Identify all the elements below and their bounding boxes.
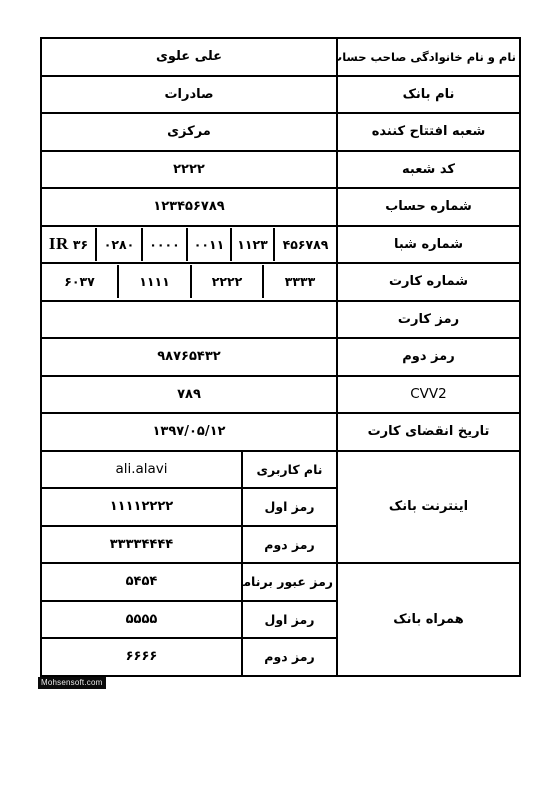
table-row: رمز کارت xyxy=(41,301,520,339)
sub-field-value-mobile-second-password: ۶۶۶۶ xyxy=(41,638,242,676)
field-label-second-pin: رمز دوم xyxy=(337,338,520,376)
sheba-ir-code: IR xyxy=(49,234,69,254)
table-row: CVV2 ۷۸۹ xyxy=(41,376,520,414)
sheba-part: ۰۲۸۰ xyxy=(97,228,143,261)
sub-field-label-second-password: رمز دوم xyxy=(242,526,337,564)
table-row: اینترنت بانک نام کاربری ali.alavi xyxy=(41,451,520,489)
sub-field-value-mobile-first-password: ۵۵۵۵ xyxy=(41,601,242,639)
sheba-check-digits: ۳۶ xyxy=(73,237,88,252)
sub-field-value-app-password: ۵۴۵۴ xyxy=(41,563,242,601)
section-label-internet-bank: اینترنت بانک xyxy=(337,451,520,564)
field-value-account-holder: علی علوی xyxy=(41,38,337,76)
table-row: شماره شبا ۴۵۶۷۸۹ ۱۱۲۳ ۰۰۱۱ ۰۰۰۰ ۰۲۸۰ IR … xyxy=(41,226,520,264)
sub-field-label-first-password: رمز اول xyxy=(242,488,337,526)
field-value-branch-code: ۲۲۲۲ xyxy=(41,151,337,189)
field-label-opening-branch: شعبه افتتاح کننده xyxy=(337,113,520,151)
field-label-sheba-number: شماره شبا xyxy=(337,226,520,264)
table-row: شعبه افتتاح کننده مرکزی xyxy=(41,113,520,151)
field-label-account-number: شماره حساب xyxy=(337,188,520,226)
sheba-part: ۰۰۱۱ xyxy=(188,228,232,261)
table-row: نام و نام خانوادگی صاحب حساب علی علوی xyxy=(41,38,520,76)
table-row: شماره حساب ۱۲۳۴۵۶۷۸۹ xyxy=(41,188,520,226)
field-label-cvv2: CVV2 xyxy=(337,376,520,414)
sheba-segments: ۴۵۶۷۸۹ ۱۱۲۳ ۰۰۱۱ ۰۰۰۰ ۰۲۸۰ IR ۳۶ xyxy=(42,228,336,261)
field-value-bank-name: صادرات xyxy=(41,76,337,114)
field-value-card-expiry: ۱۳۹۷/۰۵/۱۲ xyxy=(41,413,337,451)
field-label-card-expiry: تاریخ انقضای کارت xyxy=(337,413,520,451)
sheba-country-prefix: IR ۳۶ xyxy=(42,228,97,261)
field-value-sheba-number: ۴۵۶۷۸۹ ۱۱۲۳ ۰۰۱۱ ۰۰۰۰ ۰۲۸۰ IR ۳۶ xyxy=(41,226,337,264)
table-row: نام بانک صادرات xyxy=(41,76,520,114)
sheba-part: ۰۰۰۰ xyxy=(143,228,188,261)
sheba-part: ۱۱۲۳ xyxy=(232,228,275,261)
table-row: شماره کارت ۳۳۳۳ ۲۲۲۲ ۱۱۱۱ ۶۰۳۷ xyxy=(41,263,520,301)
field-label-account-holder: نام و نام خانوادگی صاحب حساب xyxy=(337,38,520,76)
card-part: ۳۳۳۳ xyxy=(264,265,336,298)
table-row: رمز دوم ۹۸۷۶۵۴۳۲ xyxy=(41,338,520,376)
section-label-mobile-bank: همراه بانک xyxy=(337,563,520,676)
watermark-badge: Mohsensoft.com xyxy=(38,677,106,689)
sub-field-label-mobile-first-password: رمز اول xyxy=(242,601,337,639)
sub-field-label-app-password: رمز عبور برنامه xyxy=(242,563,337,601)
field-label-bank-name: نام بانک xyxy=(337,76,520,114)
field-label-branch-code: کد شعبه xyxy=(337,151,520,189)
table-row: کد شعبه ۲۲۲۲ xyxy=(41,151,520,189)
table-row: تاریخ انقضای کارت ۱۳۹۷/۰۵/۱۲ xyxy=(41,413,520,451)
card-part: ۶۰۳۷ xyxy=(42,265,119,298)
sub-field-label-mobile-second-password: رمز دوم xyxy=(242,638,337,676)
table-row: همراه بانک رمز عبور برنامه ۵۴۵۴ xyxy=(41,563,520,601)
field-value-opening-branch: مرکزی xyxy=(41,113,337,151)
sub-field-label-username: نام کاربری xyxy=(242,451,337,489)
account-info-table: نام و نام خانوادگی صاحب حساب علی علوی نا… xyxy=(40,37,521,677)
field-value-cvv2: ۷۸۹ xyxy=(41,376,337,414)
sub-field-value-username: ali.alavi xyxy=(41,451,242,489)
sub-field-value-first-password: ۱۱۱۱۲۲۲۲ xyxy=(41,488,242,526)
field-value-second-pin: ۹۸۷۶۵۴۳۲ xyxy=(41,338,337,376)
card-part: ۱۱۱۱ xyxy=(119,265,192,298)
card-part: ۲۲۲۲ xyxy=(192,265,264,298)
field-value-card-pin xyxy=(41,301,337,339)
document-page: نام و نام خانوادگی صاحب حساب علی علوی نا… xyxy=(0,0,559,794)
field-value-account-number: ۱۲۳۴۵۶۷۸۹ xyxy=(41,188,337,226)
card-number-segments: ۳۳۳۳ ۲۲۲۲ ۱۱۱۱ ۶۰۳۷ xyxy=(42,265,336,298)
field-label-card-pin: رمز کارت xyxy=(337,301,520,339)
sheba-part: ۴۵۶۷۸۹ xyxy=(275,228,336,261)
sub-field-value-second-password: ۳۳۳۳۴۴۴۴ xyxy=(41,526,242,564)
field-label-card-number: شماره کارت xyxy=(337,263,520,301)
field-value-card-number: ۳۳۳۳ ۲۲۲۲ ۱۱۱۱ ۶۰۳۷ xyxy=(41,263,337,301)
